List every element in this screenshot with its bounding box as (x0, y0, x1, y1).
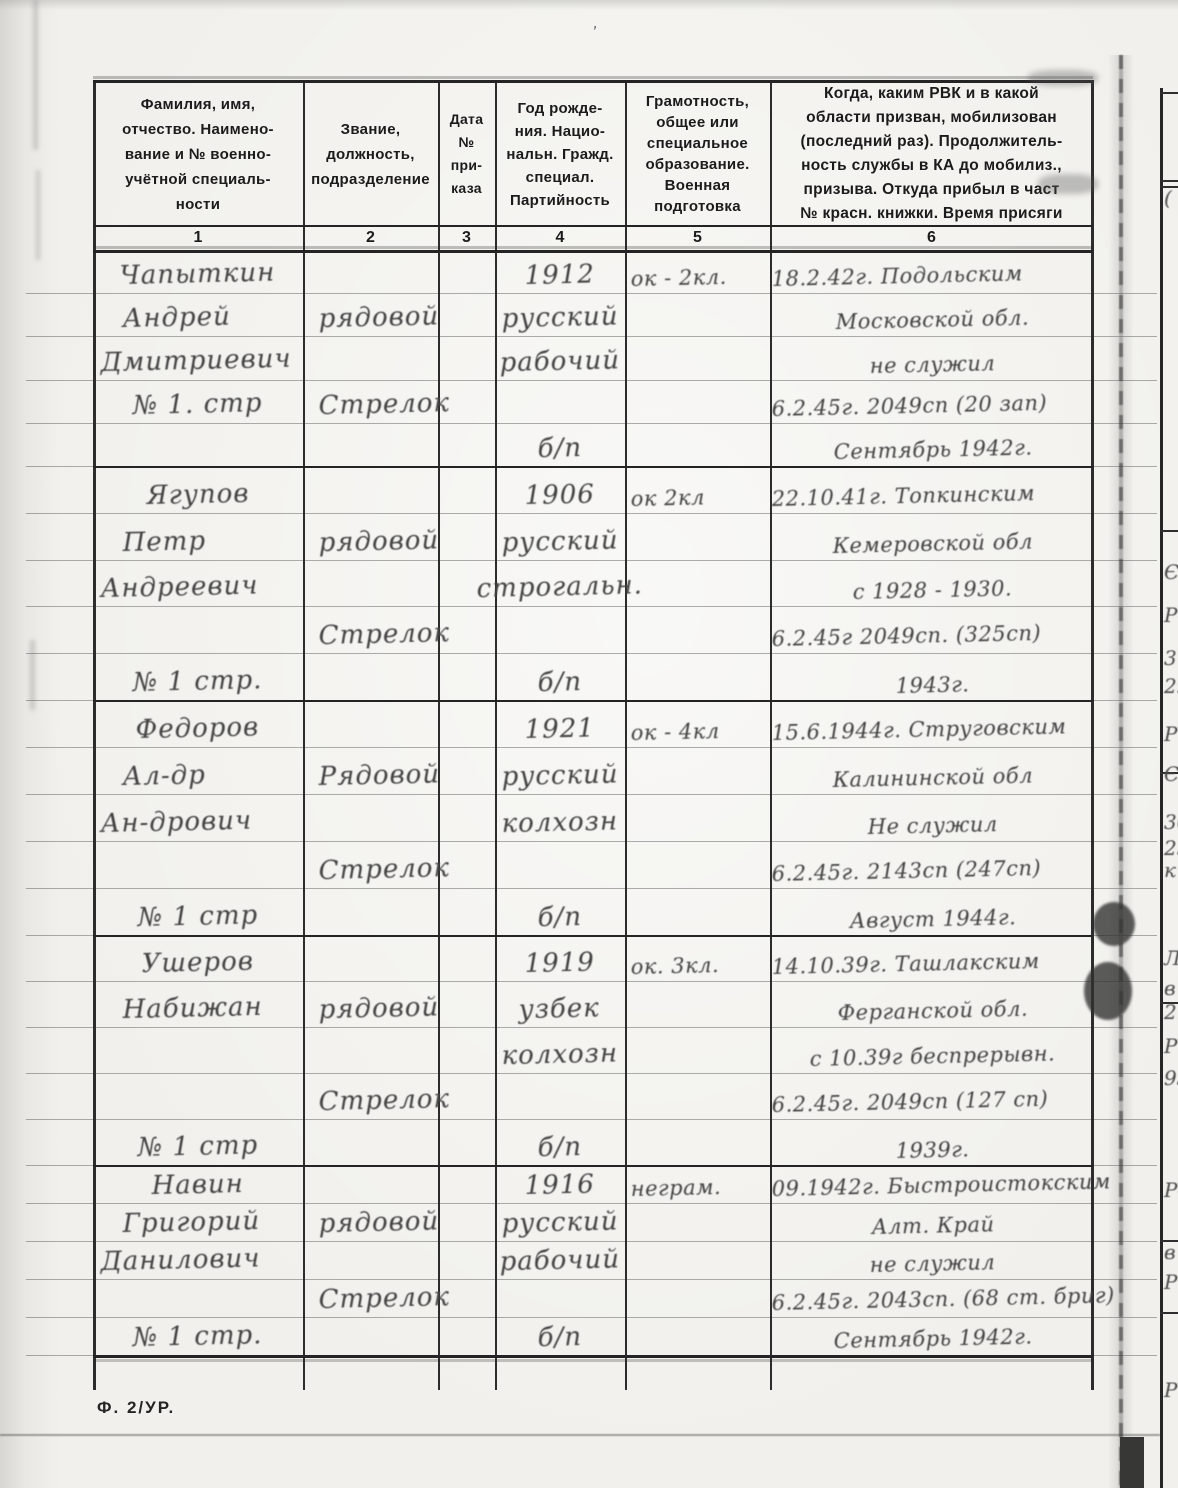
drafted-entry: 14.10.39г. Ташлакским (771, 949, 1040, 979)
drafted-entry: 1943г. (896, 672, 970, 698)
name-entry: Ан-дрович (100, 806, 252, 839)
handwriting-line: Навин (93, 1165, 303, 1203)
handwriting-line (495, 380, 625, 423)
rank-entry: Стрелок (318, 618, 450, 651)
handwriting-line (93, 1073, 303, 1119)
handwriting-line (625, 981, 770, 1027)
name-entry: Чапыткин (120, 258, 276, 292)
birth-entry: колхозн (501, 1038, 618, 1071)
row-5-order-cell (438, 1165, 495, 1355)
handwriting-line (625, 1279, 770, 1317)
handwriting-line (303, 888, 438, 935)
drafted-entry: 22.10.41г. Топкинским (771, 481, 1035, 511)
handwriting-line: 1912 (495, 250, 625, 293)
drafted-entry: с 10.39г беспрерывн. (810, 1041, 1056, 1071)
fold-line (1119, 55, 1123, 1488)
handwriting-line (438, 1073, 495, 1119)
name-entry: Андреевич (100, 571, 258, 605)
drafted-entry: Московской обл. (836, 306, 1030, 334)
row-4-order-cell (438, 935, 495, 1165)
handwriting-line: ок - 4кл (625, 700, 770, 747)
handwriting-line: 6.2.45г. 2043сп. (68 ст. бриг) (770, 1279, 1096, 1317)
column-header-1: Фамилия, имя, отчество. Наимено- вание и… (93, 86, 303, 222)
handwriting-line (625, 606, 770, 653)
column-header-6: Когда, каким РВК и в какой области призв… (770, 86, 1093, 222)
row-5-literacy-cell: неграм. (625, 1165, 770, 1355)
row-3-birth-cell: 1921русскийколхознб/п (495, 700, 625, 935)
handwriting-line: ок. 3кл. (625, 935, 770, 981)
handwriting-line (438, 841, 495, 888)
handwriting-line (625, 841, 770, 888)
name-entry: Дмитриевич (100, 343, 292, 377)
handwriting-line: Данилович (93, 1241, 303, 1279)
page-fragment-text: 29 (1164, 674, 1178, 698)
rank-entry: Стрелок (318, 1084, 450, 1117)
adjacent-page-line (1160, 92, 1178, 94)
name-entry: Ал-др (122, 760, 206, 792)
birth-entry: б/п (537, 902, 582, 933)
handwriting-line: № 1 стр (93, 1119, 303, 1165)
handwriting-line: Кемеровской обл (770, 513, 1096, 560)
handwriting-line (625, 423, 770, 466)
page-fragment-text: 25 (1164, 836, 1178, 860)
handwriting-line (303, 423, 438, 466)
row-1-birth-cell: 1912русскийрабочийб/п (495, 250, 625, 466)
page-fragment-text: Р (1164, 1378, 1177, 1402)
handwriting-line (438, 1241, 495, 1279)
handwriting-line (495, 1073, 625, 1119)
drafted-entry: Ферганской обл. (837, 997, 1028, 1025)
handwriting-line: б/п (495, 423, 625, 466)
drafted-entry: Сентябрь 1942г. (833, 436, 1032, 465)
birth-entry: б/п (537, 667, 582, 698)
literacy-entry: ок - 2кл. (630, 265, 727, 291)
handwriting-line: рядовой (303, 981, 438, 1027)
row-3-name-cell: ФедоровАл-дрАн-дрович№ 1 стр (93, 700, 303, 935)
handwriting-line: № 1 стр (93, 888, 303, 935)
scan-page: ’ Фамилия, имя, отчество. Наимено- вание… (0, 0, 1178, 1488)
handwriting-line (438, 1027, 495, 1073)
handwriting-line: 1916 (495, 1165, 625, 1203)
handwriting-line (438, 1203, 495, 1241)
rank-entry: Стрелок (318, 388, 450, 421)
handwriting-line (303, 250, 438, 293)
handwriting-line (495, 841, 625, 888)
handwriting-line: колхозн (495, 1027, 625, 1073)
handwriting-line (625, 1073, 770, 1119)
handwriting-line (438, 250, 495, 293)
handwriting-line (93, 1279, 303, 1317)
birth-entry: узбек (519, 993, 601, 1025)
name-entry: № 1 стр. (132, 1320, 262, 1353)
handwriting-line: Андрей (93, 293, 303, 336)
handwriting-line: 14.10.39г. Ташлакским (770, 935, 1096, 981)
name-entry: Навин (151, 1169, 244, 1201)
handwriting-line: Чапыткин (93, 250, 303, 293)
handwriting-line (438, 888, 495, 935)
birth-entry: русский (501, 1206, 619, 1239)
name-entry: Петр (122, 526, 206, 558)
handwriting-line (438, 466, 495, 513)
handwriting-line (625, 1119, 770, 1165)
ink-smudge (1028, 70, 1098, 86)
handwriting-line (625, 380, 770, 423)
handwriting-line: Стрелок (303, 606, 438, 653)
handwriting-line (625, 293, 770, 336)
drafted-entry: 1939г. (896, 1137, 970, 1163)
handwriting-line: рядовой (303, 1203, 438, 1241)
handwriting-line: Петр (93, 513, 303, 560)
row-4-name-cell: УшеровНабижан№ 1 стр (93, 935, 303, 1165)
scan-streak (36, 170, 40, 260)
row-4-literacy-cell: ок. 3кл. (625, 935, 770, 1165)
handwriting-line: б/п (495, 888, 625, 935)
handwriting-line (625, 653, 770, 700)
literacy-entry: ок. 3кл. (630, 953, 719, 979)
handwriting-line: рабочий (495, 336, 625, 379)
handwriting-line: рабочий (495, 1241, 625, 1279)
drafted-entry: Август 1944г. (849, 905, 1016, 933)
name-entry: № 1. стр (132, 388, 262, 421)
row-4-rank-cell: рядовойСтрелок (303, 935, 438, 1165)
handwriting-line: Федоров (93, 700, 303, 747)
drafted-entry: 6.2.45г. 2143сп (247сп) (771, 856, 1041, 886)
birth-entry: б/п (537, 1322, 582, 1353)
page-fragment-text: 30 (1164, 810, 1178, 834)
row-1-name-cell: ЧапыткинАндрейДмитриевич№ 1. стр (93, 250, 303, 466)
handwriting-line (303, 1165, 438, 1203)
column-header-5: Грамотность, общее или специальное образ… (625, 86, 770, 222)
page-fragment-text: Р (1164, 1034, 1177, 1058)
page-fragment-text: 2. (1164, 1000, 1178, 1024)
page-fragment-text: ( (1164, 186, 1172, 210)
rank-entry: Рядовой (318, 759, 440, 792)
adjacent-page-line (1160, 180, 1178, 182)
literacy-entry: ок 2кл (630, 485, 705, 511)
handwriting-line (93, 1027, 303, 1073)
handwriting-line (303, 1317, 438, 1355)
handwriting-line: Ушеров (93, 935, 303, 981)
bottom-black-bar (1120, 1437, 1144, 1488)
drafted-entry: не служил (870, 351, 996, 378)
birth-entry: русский (501, 302, 619, 335)
handwriting-line: Алт. Край (770, 1203, 1096, 1241)
drafted-entry: 18.2.42г. Подольским (771, 262, 1023, 292)
column-header-2: Звание, должность, подразделение (303, 86, 438, 222)
drafted-entry: не служил (870, 1250, 996, 1277)
stray-mark: ’ (590, 24, 597, 42)
handwriting-line: русский (495, 747, 625, 794)
handwriting-line (625, 888, 770, 935)
name-entry: № 1 стр. (132, 665, 262, 698)
handwriting-line: Набижан (93, 981, 303, 1027)
drafted-entry: Не служил (867, 812, 998, 839)
handwriting-line (625, 1027, 770, 1073)
page-fragment-text: Л (1164, 946, 1178, 970)
birth-entry: 1916 (524, 1169, 595, 1201)
drafted-entry: 6.2.45г. 2043сп. (68 ст. бриг) (771, 1283, 1115, 1315)
row-4-drafted-cell: 14.10.39г. ТашлакскимФерганской обл.с 10… (770, 935, 1096, 1165)
handwriting-line: 15.6.1944г. Струговским (770, 700, 1096, 747)
rank-entry: Стрелок (318, 1282, 450, 1315)
handwriting-line: рядовой (303, 513, 438, 560)
handwriting-line: 6.2.45г. 2143сп (247сп) (770, 841, 1096, 888)
handwriting-line (93, 423, 303, 466)
handwriting-line (438, 380, 495, 423)
handwriting-line: русский (495, 293, 625, 336)
handwriting-line (303, 336, 438, 379)
handwriting-line (625, 560, 770, 607)
page-fragment-text: в (1164, 1240, 1176, 1264)
handwriting-line (625, 747, 770, 794)
handwriting-line (625, 794, 770, 841)
ink-smudge (1038, 174, 1098, 194)
page-fragment-text: Р. (1164, 1270, 1178, 1294)
handwriting-line: Стрелок (303, 380, 438, 423)
adjacent-page-edge (1160, 88, 1163, 1488)
handwriting-line (438, 981, 495, 1027)
handwriting-line: с 10.39г беспрерывн. (770, 1027, 1096, 1073)
handwriting-line: 18.2.42г. Подольским (770, 250, 1096, 293)
name-entry: № 1 стр (137, 1130, 258, 1163)
column-number-2: 2 (303, 225, 438, 250)
handwriting-line (438, 1317, 495, 1355)
handwriting-line: колхозн (495, 794, 625, 841)
rank-entry: Стрелок (318, 853, 450, 886)
page-fragment-text: Р (1164, 722, 1177, 746)
drafted-entry: 15.6.1944г. Струговским (771, 714, 1066, 745)
name-entry: Григорий (122, 1206, 260, 1239)
column-header-3: Дата № при- каза (438, 86, 495, 222)
row-1-rank-cell: рядовойСтрелок (303, 250, 438, 466)
name-entry: Федоров (136, 712, 260, 745)
form-code-label: Ф. 2/УР. (97, 1398, 175, 1418)
handwriting-line: Дмитриевич (93, 336, 303, 379)
column-header-4: Год рожде- ния. Нацио- нальн. Гражд. спе… (495, 86, 625, 222)
column-number-4: 4 (495, 225, 625, 250)
handwriting-line: 22.10.41г. Топкинским (770, 466, 1096, 513)
page-fragment-text: к (1164, 858, 1176, 882)
drafted-entry: Алт. Край (871, 1212, 994, 1239)
handwriting-line (438, 423, 495, 466)
handwriting-line: 6.2.45г. 2049сп (127 сп) (770, 1073, 1096, 1119)
handwriting-line (625, 1317, 770, 1355)
rank-entry: рядовой (318, 1206, 439, 1239)
handwriting-line: Сентябрь 1942г. (770, 423, 1096, 466)
handwriting-line: 6.2.45г 2049сп. (325сп) (770, 606, 1096, 653)
name-entry: Набижан (122, 992, 263, 1025)
birth-entry: рабочий (499, 1244, 620, 1277)
column-number-6: 6 (770, 225, 1093, 250)
handwriting-line (438, 653, 495, 700)
table-border (93, 1355, 1093, 1358)
drafted-entry: Кемеровской обл (832, 529, 1033, 558)
drafted-entry: Калининской обл (832, 763, 1033, 792)
birth-entry: б/п (537, 433, 582, 464)
handwriting-line (438, 1279, 495, 1317)
birth-entry: 1919 (524, 947, 595, 979)
row-3-rank-cell: РядовойСтрелок (303, 700, 438, 935)
handwriting-line: б/п (495, 653, 625, 700)
handwriting-line: № 1 стр. (93, 1317, 303, 1355)
name-entry: Андрей (122, 302, 231, 334)
handwriting-line (438, 747, 495, 794)
handwriting-line (303, 653, 438, 700)
handwriting-line (93, 606, 303, 653)
handwriting-line (438, 293, 495, 336)
handwriting-line: № 1. стр (93, 380, 303, 423)
literacy-entry: неграм. (630, 1175, 721, 1201)
handwriting-line (303, 1119, 438, 1165)
row-5-birth-cell: 1916русскийрабочийб/п (495, 1165, 625, 1355)
page-fragment-text: 93 (1164, 1066, 1178, 1090)
handwriting-line: узбек (495, 981, 625, 1027)
handwriting-line: Сентябрь 1942г. (770, 1317, 1096, 1355)
drafted-entry: 6.2.45г 2049сп. (325сп) (771, 621, 1041, 651)
scan-streak (33, 0, 38, 150)
handwriting-line: Григорий (93, 1203, 303, 1241)
page-fragment-text: Р- (1164, 1178, 1178, 1202)
scan-edge-line (0, 1434, 1160, 1436)
row-4-birth-cell: 1919узбекколхознб/п (495, 935, 625, 1165)
handwriting-line: с 1928 - 1930. (770, 560, 1096, 607)
column-number-3: 3 (438, 225, 495, 250)
row-5-name-cell: НавинГригорийДанилович№ 1 стр. (93, 1165, 303, 1355)
birth-entry: 1921 (524, 713, 595, 745)
row-2-birth-cell: 1906русскийстрогальн.б/п (495, 466, 625, 700)
handwriting-line (438, 794, 495, 841)
birth-entry: русский (501, 525, 619, 558)
adjacent-page-line (1160, 530, 1178, 532)
row-3-order-cell (438, 700, 495, 935)
handwriting-line: 1921 (495, 700, 625, 747)
birth-entry: строгальн. (476, 571, 643, 605)
drafted-entry: 6.2.45г. 2049сп (20 зап) (771, 391, 1047, 421)
page-fragment-text: Р- (1164, 603, 1178, 627)
handwriting-line (93, 841, 303, 888)
handwriting-line: 6.2.45г. 2049сп (20 зап) (770, 380, 1096, 423)
row-2-name-cell: ЯгуповПетрАндреевич№ 1 стр. (93, 466, 303, 700)
handwriting-line: Ферганской обл. (770, 981, 1096, 1027)
handwriting-line (438, 513, 495, 560)
handwriting-line: Стрелок (303, 1073, 438, 1119)
birth-entry: русский (501, 759, 619, 792)
handwriting-line: рядовой (303, 293, 438, 336)
drafted-entry: 6.2.45г. 2049сп (127 сп) (771, 1087, 1048, 1117)
handwriting-line: б/п (495, 1317, 625, 1355)
handwriting-line: не служил (770, 336, 1096, 379)
row-3-drafted-cell: 15.6.1944г. СтруговскимКалининской облНе… (770, 700, 1096, 935)
handwriting-line (303, 560, 438, 607)
handwriting-line: 1943г. (770, 653, 1096, 700)
ink-blot (1084, 962, 1132, 1020)
handwriting-line (303, 466, 438, 513)
rank-entry: рядовой (318, 525, 439, 558)
literacy-entry: ок - 4кл (630, 719, 719, 745)
birth-entry: рабочий (499, 345, 620, 378)
handwriting-line: Московской обл. (770, 293, 1096, 336)
handwriting-line: Рядовой (303, 747, 438, 794)
row-1-order-cell (438, 250, 495, 466)
adjacent-page-line (1160, 1312, 1178, 1314)
row-2-literacy-cell: ок 2кл (625, 466, 770, 700)
birth-entry: б/п (537, 1132, 582, 1163)
handwriting-line: 1906 (495, 466, 625, 513)
handwriting-line (303, 794, 438, 841)
row-1-drafted-cell: 18.2.42г. ПодольскимМосковской обл.не сл… (770, 250, 1096, 466)
handwriting-line (303, 1027, 438, 1073)
name-entry: Данилович (100, 1243, 260, 1277)
rank-entry: рядовой (318, 992, 439, 1025)
handwriting-line: Ан-дрович (93, 794, 303, 841)
handwriting-line: неграм. (625, 1165, 770, 1203)
name-entry: № 1 стр (137, 900, 258, 933)
ink-blot (1093, 902, 1135, 946)
handwriting-line (625, 1203, 770, 1241)
row-5-rank-cell: рядовойСтрелок (303, 1165, 438, 1355)
column-number-5: 5 (625, 225, 770, 250)
name-entry: Ушеров (141, 946, 254, 979)
birth-entry: колхозн (501, 806, 618, 839)
handwriting-line (438, 606, 495, 653)
handwriting-line (438, 336, 495, 379)
handwriting-line: Не служил (770, 794, 1096, 841)
handwriting-line (438, 1165, 495, 1203)
page-fragment-text: Є (1164, 560, 1178, 584)
handwriting-line (495, 606, 625, 653)
handwriting-line: Стрелок (303, 1279, 438, 1317)
handwriting-line: б/п (495, 1119, 625, 1165)
rank-entry: рядовой (318, 302, 439, 335)
handwriting-line: Ягупов (93, 466, 303, 513)
handwriting-line: Андреевич (93, 560, 303, 607)
handwriting-line: строгальн. (495, 560, 625, 607)
personnel-table: Фамилия, имя, отчество. Наимено- вание и… (93, 80, 1093, 1390)
handwriting-line (438, 935, 495, 981)
row-5-drafted-cell: 09.1942г. БыстроистокскимАлт. Крайне слу… (770, 1165, 1096, 1355)
handwriting-line (625, 1241, 770, 1279)
handwriting-line: 1919 (495, 935, 625, 981)
handwriting-line (438, 700, 495, 747)
handwriting-line: Август 1944г. (770, 888, 1096, 935)
handwriting-line (495, 1279, 625, 1317)
page-fragment-text: ЄС (1164, 762, 1178, 786)
name-entry: Ягупов (146, 478, 249, 510)
handwriting-line: № 1 стр. (93, 653, 303, 700)
handwriting-line: русский (495, 513, 625, 560)
handwriting-line (438, 1119, 495, 1165)
column-number-1: 1 (93, 225, 303, 250)
handwriting-line: 1939г. (770, 1119, 1096, 1165)
handwriting-line: ок - 2кл. (625, 250, 770, 293)
handwriting-line (303, 1241, 438, 1279)
handwriting-line (303, 935, 438, 981)
page-fragment-text: 3 (1164, 646, 1177, 670)
handwriting-line (625, 336, 770, 379)
drafted-entry: 09.1942г. Быстроистокским (771, 1169, 1111, 1201)
birth-entry: 1912 (524, 260, 595, 292)
handwriting-line: 09.1942г. Быстроистокским (770, 1165, 1096, 1203)
page-fragment-text: в (1164, 976, 1176, 1000)
handwriting-line (625, 513, 770, 560)
handwriting-line: русский (495, 1203, 625, 1241)
handwriting-line: Ал-др (93, 747, 303, 794)
handwriting-line (303, 700, 438, 747)
handwriting-line: не служил (770, 1241, 1096, 1279)
handwriting-line: Стрелок (303, 841, 438, 888)
row-2-rank-cell: рядовойСтрелок (303, 466, 438, 700)
handwriting-line: ок 2кл (625, 466, 770, 513)
